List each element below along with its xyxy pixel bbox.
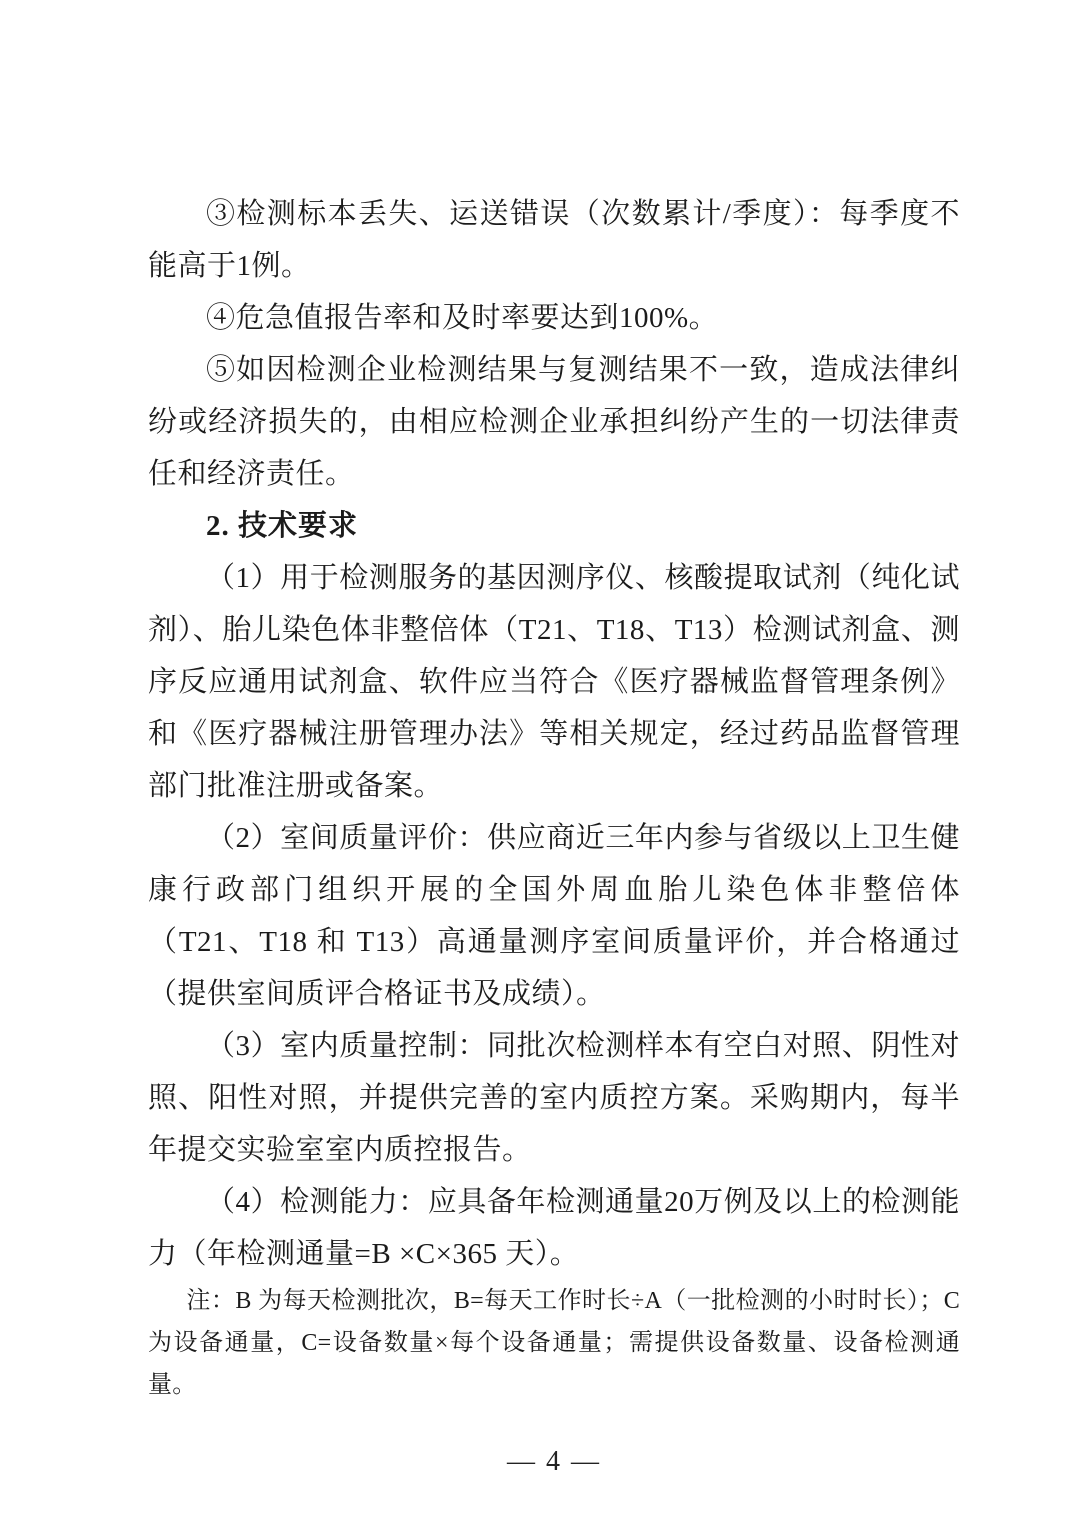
clause-critical-value: ④危急值报告率和及时率要达到100%。: [148, 292, 960, 344]
clause-legal-liability: ⑤如因检测企业检测结果与复测结果不一致，造成法律纠纷或经济损失的，由相应检测企业…: [148, 344, 960, 500]
section-heading-technical-requirements: 2. 技术要求: [148, 500, 960, 552]
tech-requirement-1: （1）用于检测服务的基因测序仪、核酸提取试剂（纯化试剂）、胎儿染色体非整倍体（T…: [148, 552, 960, 812]
tech-requirement-4: （4）检测能力：应具备年检测通量20万例及以上的检测能力（年检测通量=B ×C×…: [148, 1176, 960, 1280]
tech-requirement-2: （2）室间质量评价：供应商近三年内参与省级以上卫生健康行政部门组织开展的全国外周…: [148, 812, 960, 1020]
document-page: ③检测标本丢失、运送错误（次数累计/季度）：每季度不能高于1例。 ④危急值报告率…: [0, 0, 1080, 1526]
tech-requirement-3: （3）室内质量控制：同批次检测样本有空白对照、阴性对照、阳性对照，并提供完善的室…: [148, 1020, 960, 1176]
footnote-text: 注：B 为每天检测批次，B=每天工作时长÷A（一批检测的小时时长）；C 为设备通…: [148, 1280, 960, 1406]
document-body: ③检测标本丢失、运送错误（次数累计/季度）：每季度不能高于1例。 ④危急值报告率…: [148, 188, 960, 1482]
page-number: — 4 —: [148, 1442, 960, 1482]
clause-specimen-loss: ③检测标本丢失、运送错误（次数累计/季度）：每季度不能高于1例。: [148, 188, 960, 292]
